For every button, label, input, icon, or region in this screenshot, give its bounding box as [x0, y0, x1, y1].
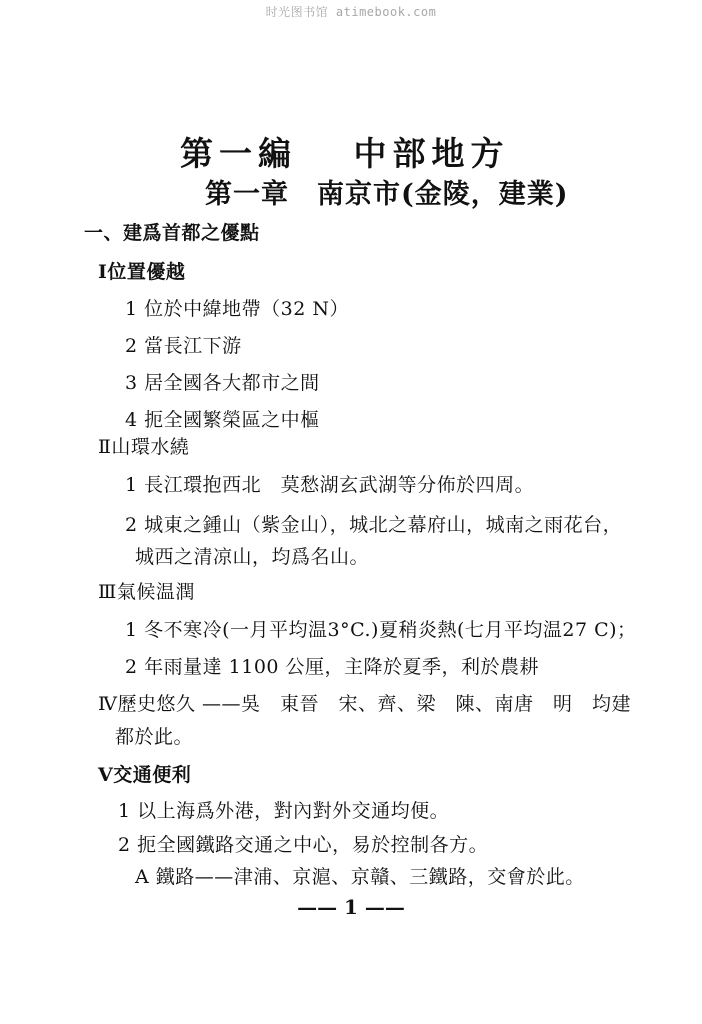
- subsection-heading-2: Ⅱ山環水繞: [98, 432, 189, 459]
- subsection-heading-4: Ⅳ歷史悠久 ——吳 東晉 宋、齊、梁 陳、南唐 明 均建: [98, 689, 631, 716]
- list-item: 2 年雨量達 1100 公厘，主降於夏季，利於農耕: [125, 652, 539, 679]
- section-heading: 一、建爲首都之優點: [84, 218, 260, 245]
- page-number: —— 1 ——: [0, 895, 702, 919]
- list-item: 3 居全國各大都市之間: [125, 368, 320, 395]
- chapter-title: 第一章 南京市(金陵，建業): [205, 172, 569, 211]
- list-item: 2 當長江下游: [125, 331, 242, 358]
- list-item: 1 長江環抱西北 莫愁湖玄武湖等分佈於四周。: [125, 470, 534, 497]
- list-item-continuation: 城西之清凉山，均爲名山。: [135, 542, 369, 569]
- subsection-heading-5: Ⅴ交通便利: [98, 760, 191, 787]
- watermark: 时光图书馆 atimebook.com: [0, 3, 702, 20]
- subsection-heading-1: Ⅰ位置優越: [98, 257, 185, 284]
- list-item: 1 冬不寒冷(一月平均温3°C.)夏稍炎熱(七月平均温27 C)；: [125, 615, 637, 642]
- subsection-heading-4-continuation: 都於此。: [115, 722, 193, 749]
- list-item: 4 扼全國繁榮區之中樞: [125, 405, 320, 432]
- subsection-heading-3: Ⅲ氣候温潤: [98, 577, 195, 604]
- list-item: 1 位於中緯地帶（32 N）: [125, 294, 349, 321]
- list-item: 1 以上海爲外港，對內對外交通均便。: [118, 796, 449, 823]
- list-item: 2 扼全國鐵路交通之中心，易於控制各方。: [118, 830, 488, 857]
- part-title: 第一編 中部地方: [180, 128, 510, 175]
- list-item: A 鐵路——津浦、京滬、京贛、三鐵路，交會於此。: [135, 862, 585, 889]
- list-item: 2 城東之鍾山（紫金山），城北之幕府山，城南之雨花台，: [125, 510, 622, 537]
